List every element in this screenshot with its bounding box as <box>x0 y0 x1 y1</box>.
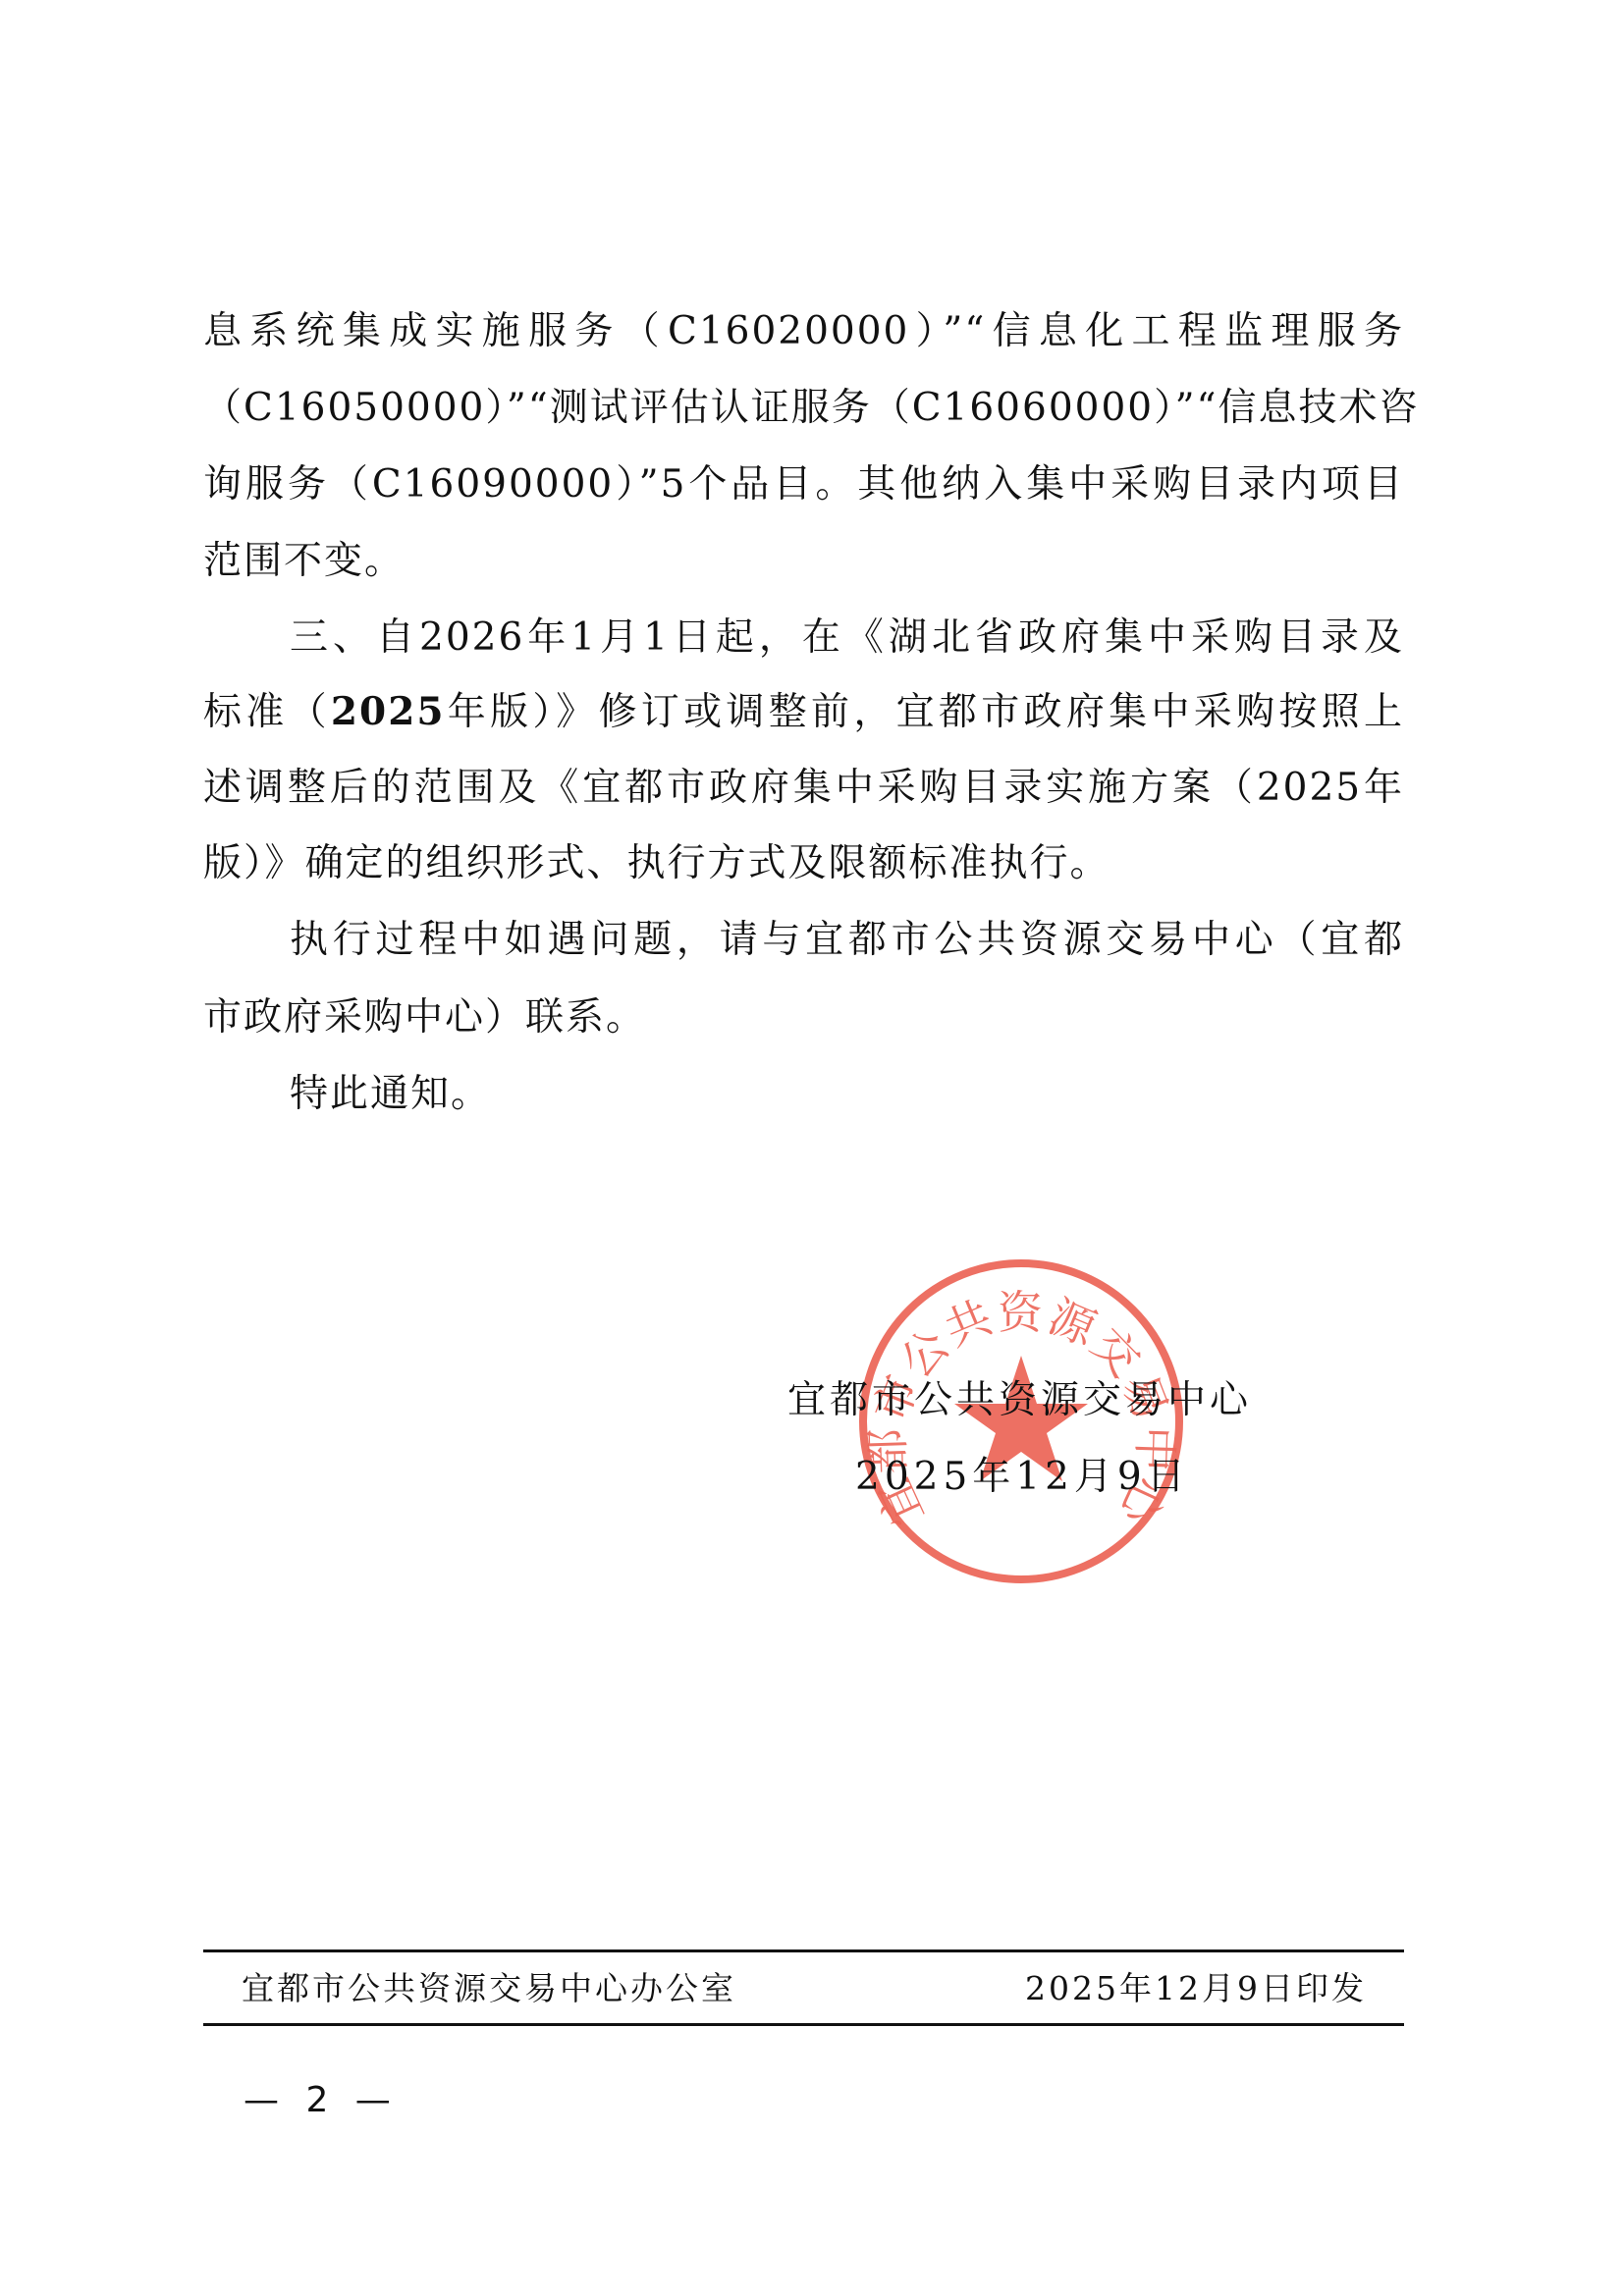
body-line-4: 范围不变。 <box>203 540 1404 583</box>
closing-text: 特此通知。 <box>290 1073 1404 1116</box>
paragraph-3-line-2: 标准（2025年版）》修订或调整前，宜都市政府集中采购按照上 <box>203 690 1404 733</box>
footer-issue-date: 2025年12月9日印发 <box>1025 1969 1367 2008</box>
signature-organization: 宜都市公共资源交易中心 <box>787 1379 1252 1422</box>
body-line-2: （C16050000）”“测试评估认证服务（C16060000）”“信息技术咨 <box>203 387 1404 430</box>
footer-bottom-rule <box>203 2023 1404 2026</box>
paragraph-4-line-2: 市政府采购中心）联系。 <box>203 996 1404 1040</box>
paragraph-3-line-3: 述调整后的范围及《宜都市政府集中采购目录实施方案（2025年 <box>203 767 1404 810</box>
body-line-3: 询服务（C16090000）”5个品目。其他纳入集中采购目录内项目 <box>203 463 1404 507</box>
footer-issuer: 宜都市公共资源交易中心办公室 <box>242 1969 736 2008</box>
paragraph-3-line-4: 版）》确定的组织形式、执行方式及限额标准执行。 <box>203 842 1404 885</box>
page-number: — 2 — <box>244 2081 399 2120</box>
p3-l2-bold-year: 2025 <box>331 689 446 734</box>
paragraph-4-line-1: 执行过程中如遇问题，请与宜都市公共资源交易中心（宜都 <box>290 919 1404 962</box>
paragraph-3-line-1: 三、自2026年1月1日起，在《湖北省政府集中采购目录及 <box>290 616 1404 660</box>
p3-l2-suffix: 年版）》修订或调整前，宜都市政府集中采购按照上 <box>445 690 1404 734</box>
signature-date: 2025年12月9日 <box>855 1456 1190 1499</box>
footer-top-rule <box>203 1949 1404 1952</box>
p3-l2-prefix: 标准（ <box>203 690 331 734</box>
body-line-1: 息系统集成实施服务（C16020000）”“信息化工程监理服务 <box>203 310 1404 353</box>
document-page: 息系统集成实施服务（C16020000）”“信息化工程监理服务 （C160500… <box>0 0 1624 2296</box>
